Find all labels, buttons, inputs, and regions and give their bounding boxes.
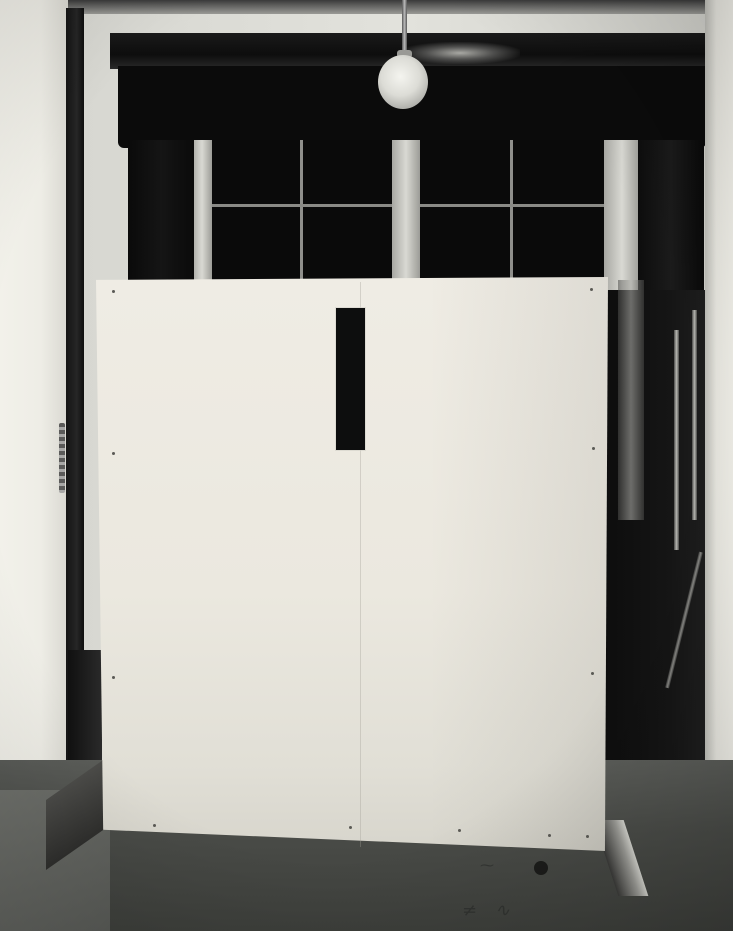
leaning-pole <box>692 310 697 520</box>
screw-hole <box>112 452 115 455</box>
screw-hole <box>592 447 595 450</box>
window-transom <box>420 204 604 207</box>
screw-hole <box>458 829 461 832</box>
window <box>192 140 640 290</box>
leaning-pole <box>674 330 679 550</box>
screw-hole <box>349 826 352 829</box>
left-wall <box>0 0 68 800</box>
handwritten-mark: ≠ ∿ <box>462 900 516 921</box>
door-hinge <box>59 423 65 493</box>
window-mullion <box>300 140 303 290</box>
window-mullion <box>510 140 513 290</box>
screw-hole <box>112 676 115 679</box>
photograph: ⁓ ≠ ∿ <box>0 0 733 931</box>
screw-hole <box>153 824 156 827</box>
handwritten-mark: ⁓ <box>480 858 494 874</box>
screw-hole <box>112 290 115 293</box>
sheer-curtain-right <box>604 140 640 290</box>
ceiling-edge <box>0 0 733 14</box>
pendant-lamp-globe <box>378 55 428 109</box>
screw-hole <box>548 834 551 837</box>
black-slot <box>336 308 365 450</box>
curtain-edge <box>618 280 644 520</box>
screw-hole <box>591 672 594 675</box>
leaning-pole <box>665 552 703 689</box>
window-transom <box>212 204 392 207</box>
sheer-curtain-center <box>392 140 420 290</box>
screw-hole <box>586 835 589 838</box>
sheer-curtain-left <box>192 140 212 290</box>
screw-hole <box>590 288 593 291</box>
ink-mark <box>534 861 548 875</box>
